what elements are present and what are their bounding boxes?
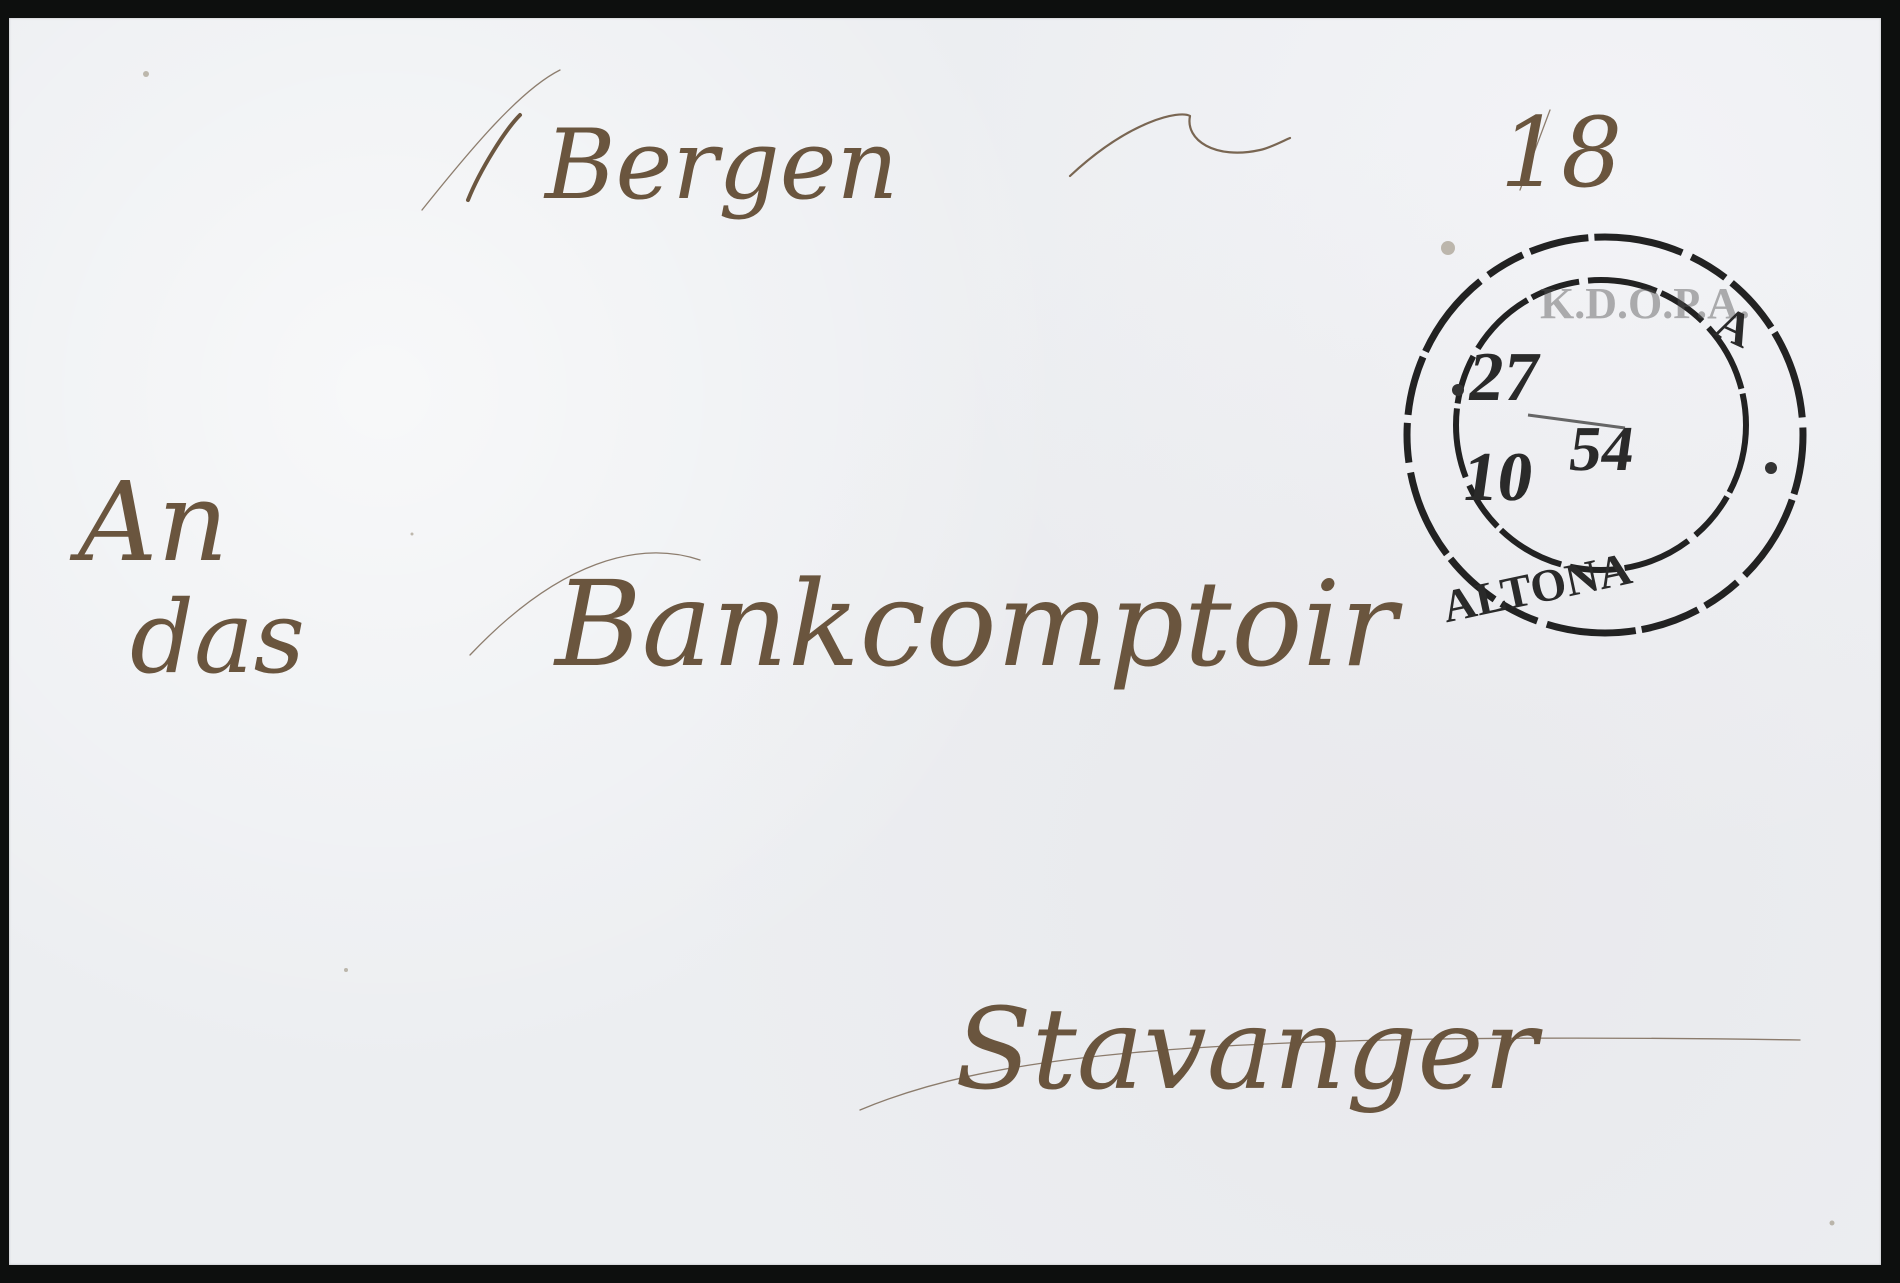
- postmark-month: 10: [1457, 438, 1538, 516]
- address-line-2: das: [130, 579, 305, 696]
- destination-city: Stavanger: [955, 985, 1544, 1115]
- postmark: K.D.O.P.A. A 27 10 54 ALTONA: [1407, 237, 1803, 633]
- routing-note-text: Bergen: [543, 109, 898, 221]
- routing-note: Bergen 18: [422, 70, 1622, 221]
- postmark-day: 27: [1464, 338, 1545, 416]
- postmark-year: 54: [1565, 413, 1639, 484]
- cover-artwork: Bergen 18 An das Bankcomptoir Stavanger …: [0, 0, 1900, 1283]
- address-line-1: An: [69, 458, 228, 586]
- rate-marking: 18: [1500, 97, 1622, 209]
- addressee: Bankcomptoir: [553, 555, 1403, 693]
